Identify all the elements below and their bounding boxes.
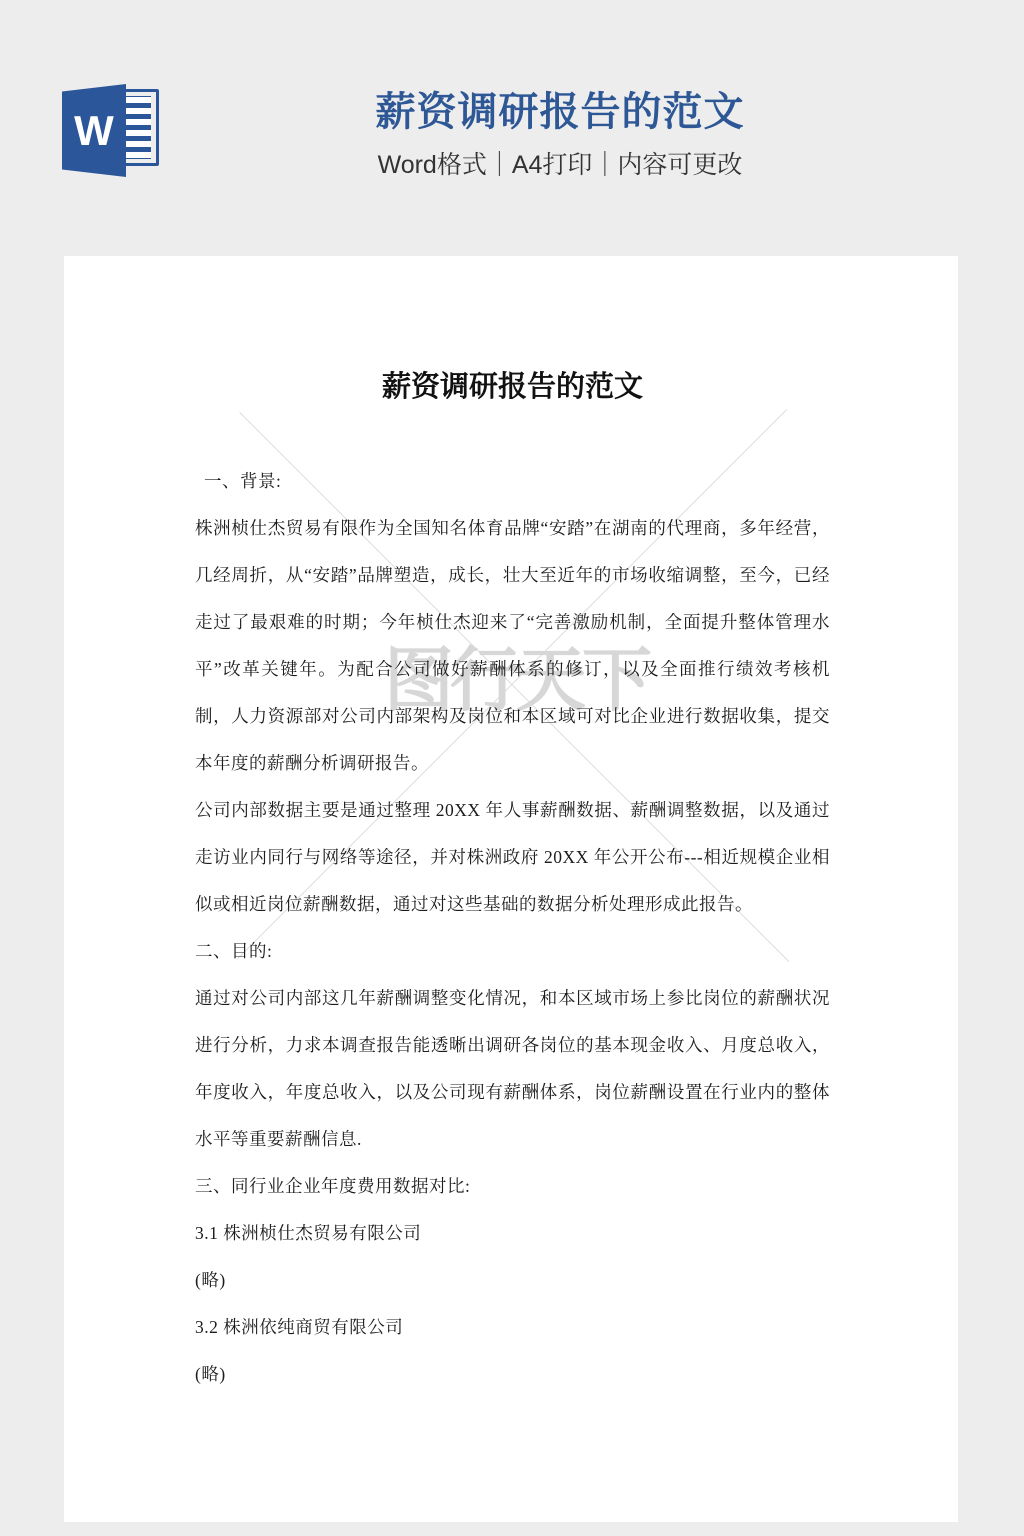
paragraph: 通过对公司内部这几年薪酬调整变化情况，和本区域市场上参比岗位的薪酬状况进行分析，… (195, 975, 830, 1163)
template-title: 薪资调研报告的范文 (160, 88, 960, 136)
paragraph: 3.2 株洲依纯商贸有限公司 (195, 1304, 830, 1351)
paragraph: (略) (195, 1257, 830, 1304)
section-heading: 二、目的: (195, 928, 830, 975)
document-page: 图行天下 薪资调研报告的范文 一、背景: 株洲桢仕杰贸易有限作为全国知名体育品牌… (64, 256, 958, 1522)
template-subtitle: Word格式｜A4打印｜内容可更改 (160, 150, 960, 180)
document-title: 薪资调研报告的范文 (195, 370, 830, 404)
word-w-badge-icon: W (62, 84, 126, 177)
header-text-block: 薪资调研报告的范文 Word格式｜A4打印｜内容可更改 (160, 88, 960, 180)
paragraph: 株洲桢仕杰贸易有限作为全国知名体育品牌“安踏”在湖南的代理商，多年经营，几经周折… (195, 505, 830, 787)
word-icon: W (62, 84, 159, 177)
paragraph: 公司内部数据主要是通过整理 20XX 年人事薪酬数据、薪酬调整数据，以及通过走访… (195, 787, 830, 928)
paragraph: 3.1 株洲桢仕杰贸易有限公司 (195, 1210, 830, 1257)
header: W 薪资调研报告的范文 Word格式｜A4打印｜内容可更改 (0, 0, 1024, 256)
page-background: W 薪资调研报告的范文 Word格式｜A4打印｜内容可更改 图行天下 薪资调研报… (0, 0, 1024, 1536)
section-heading: 三、同行业企业年度费用数据对比: (195, 1163, 830, 1210)
section-heading: 一、背景: (195, 458, 830, 505)
document-content: 薪资调研报告的范文 一、背景: 株洲桢仕杰贸易有限作为全国知名体育品牌“安踏”在… (64, 256, 958, 1398)
paragraph: (略) (195, 1351, 830, 1398)
